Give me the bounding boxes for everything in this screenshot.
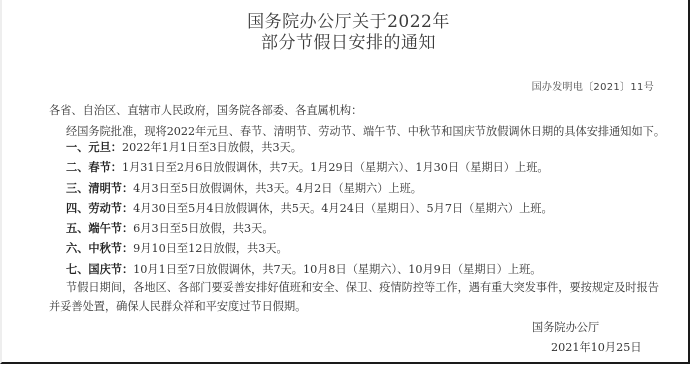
holiday-item-qingming: 三、清明节：4月3日至5日放假调休，共3天。4月2日（星期六）上班。: [66, 180, 422, 197]
document-title-line2: 部分节假日安排的通知: [2, 32, 693, 54]
holiday-name: 劳动节：: [88, 201, 133, 215]
issuing-authority: 国务院办公厅: [532, 320, 599, 336]
holiday-detail: 1月31日至2月6日放假调休，共7天。1月29日（星期六）、1月30日（星期日）…: [122, 161, 549, 174]
holiday-item-new-year: 一、元旦：2022年1月1日至3日放假，共3天。: [66, 139, 302, 156]
holiday-item-dragon-boat: 五、端午节：6月3日至5日放假，共3天。: [66, 220, 274, 237]
holiday-detail: 9月10日至12日放假，共3天。: [133, 242, 288, 255]
holiday-detail: 6月3日至5日放假，共3天。: [133, 222, 273, 235]
holiday-name: 国庆节：: [88, 262, 133, 276]
item-prefix: 二、: [66, 160, 88, 174]
item-prefix: 四、: [66, 201, 88, 215]
holiday-name: 端午节：: [88, 221, 133, 235]
holiday-item-national-day: 七、国庆节：10月1日至7日放假调休，共7天。10月8日（星期六）、10月9日（…: [66, 261, 541, 278]
holiday-detail: 2022年1月1日至3日放假，共3天。: [122, 141, 302, 154]
issue-date: 2021年10月25日: [551, 340, 642, 356]
holiday-item-mid-autumn: 六、中秋节：9月10日至12日放假，共3天。: [66, 240, 288, 257]
holiday-detail: 4月3日至5日放假调休，共3天。4月2日（星期六）上班。: [133, 182, 422, 195]
intro-paragraph: 经国务院批准，现将2022年元旦、春节、清明节、劳动节、端午节、中秋节和国庆节放…: [66, 124, 665, 140]
holiday-name: 元旦：: [88, 140, 122, 154]
holiday-item-labor-day: 四、劳动节：4月30日至5月4日放假调休，共5天。4月24日（星期日）、5月7日…: [66, 200, 553, 217]
item-prefix: 五、: [66, 221, 88, 235]
holiday-item-spring-festival: 二、春节：1月31日至2月6日放假调休，共7天。1月29日（星期六）、1月30日…: [66, 159, 549, 176]
item-prefix: 六、: [66, 241, 88, 255]
holiday-detail: 10月1日至7日放假调休，共7天。10月8日（星期六）、10月9日（星期日）上班…: [133, 263, 541, 276]
holiday-detail: 4月30日至5月4日放假调休，共5天。4月24日（星期日）、5月7日（星期六）上…: [133, 202, 553, 215]
holiday-name: 清明节：: [88, 181, 133, 195]
document-page: 国务院办公厅关于2022年 部分节假日安排的通知 国办发明电〔2021〕11号 …: [0, 0, 690, 364]
holiday-name: 春节：: [88, 160, 122, 174]
closing-paragraph-line1: 节假日期间，各地区、各部门要妥善安排好值班和安全、保卫、疫情防控等工作，遇有重大…: [66, 280, 659, 296]
document-number: 国办发明电〔2021〕11号: [532, 78, 654, 93]
salutation: 各省、自治区、直辖市人民政府，国务院各部委、各直属机构：: [49, 103, 362, 119]
item-prefix: 七、: [66, 262, 88, 276]
holiday-name: 中秋节：: [88, 241, 133, 255]
document-title-line1: 国务院办公厅关于2022年: [2, 11, 693, 33]
closing-paragraph-line2: 并妥善处置，确保人民群众祥和平安度过节日假期。: [49, 299, 306, 315]
item-prefix: 一、: [66, 140, 88, 154]
item-prefix: 三、: [66, 181, 88, 195]
